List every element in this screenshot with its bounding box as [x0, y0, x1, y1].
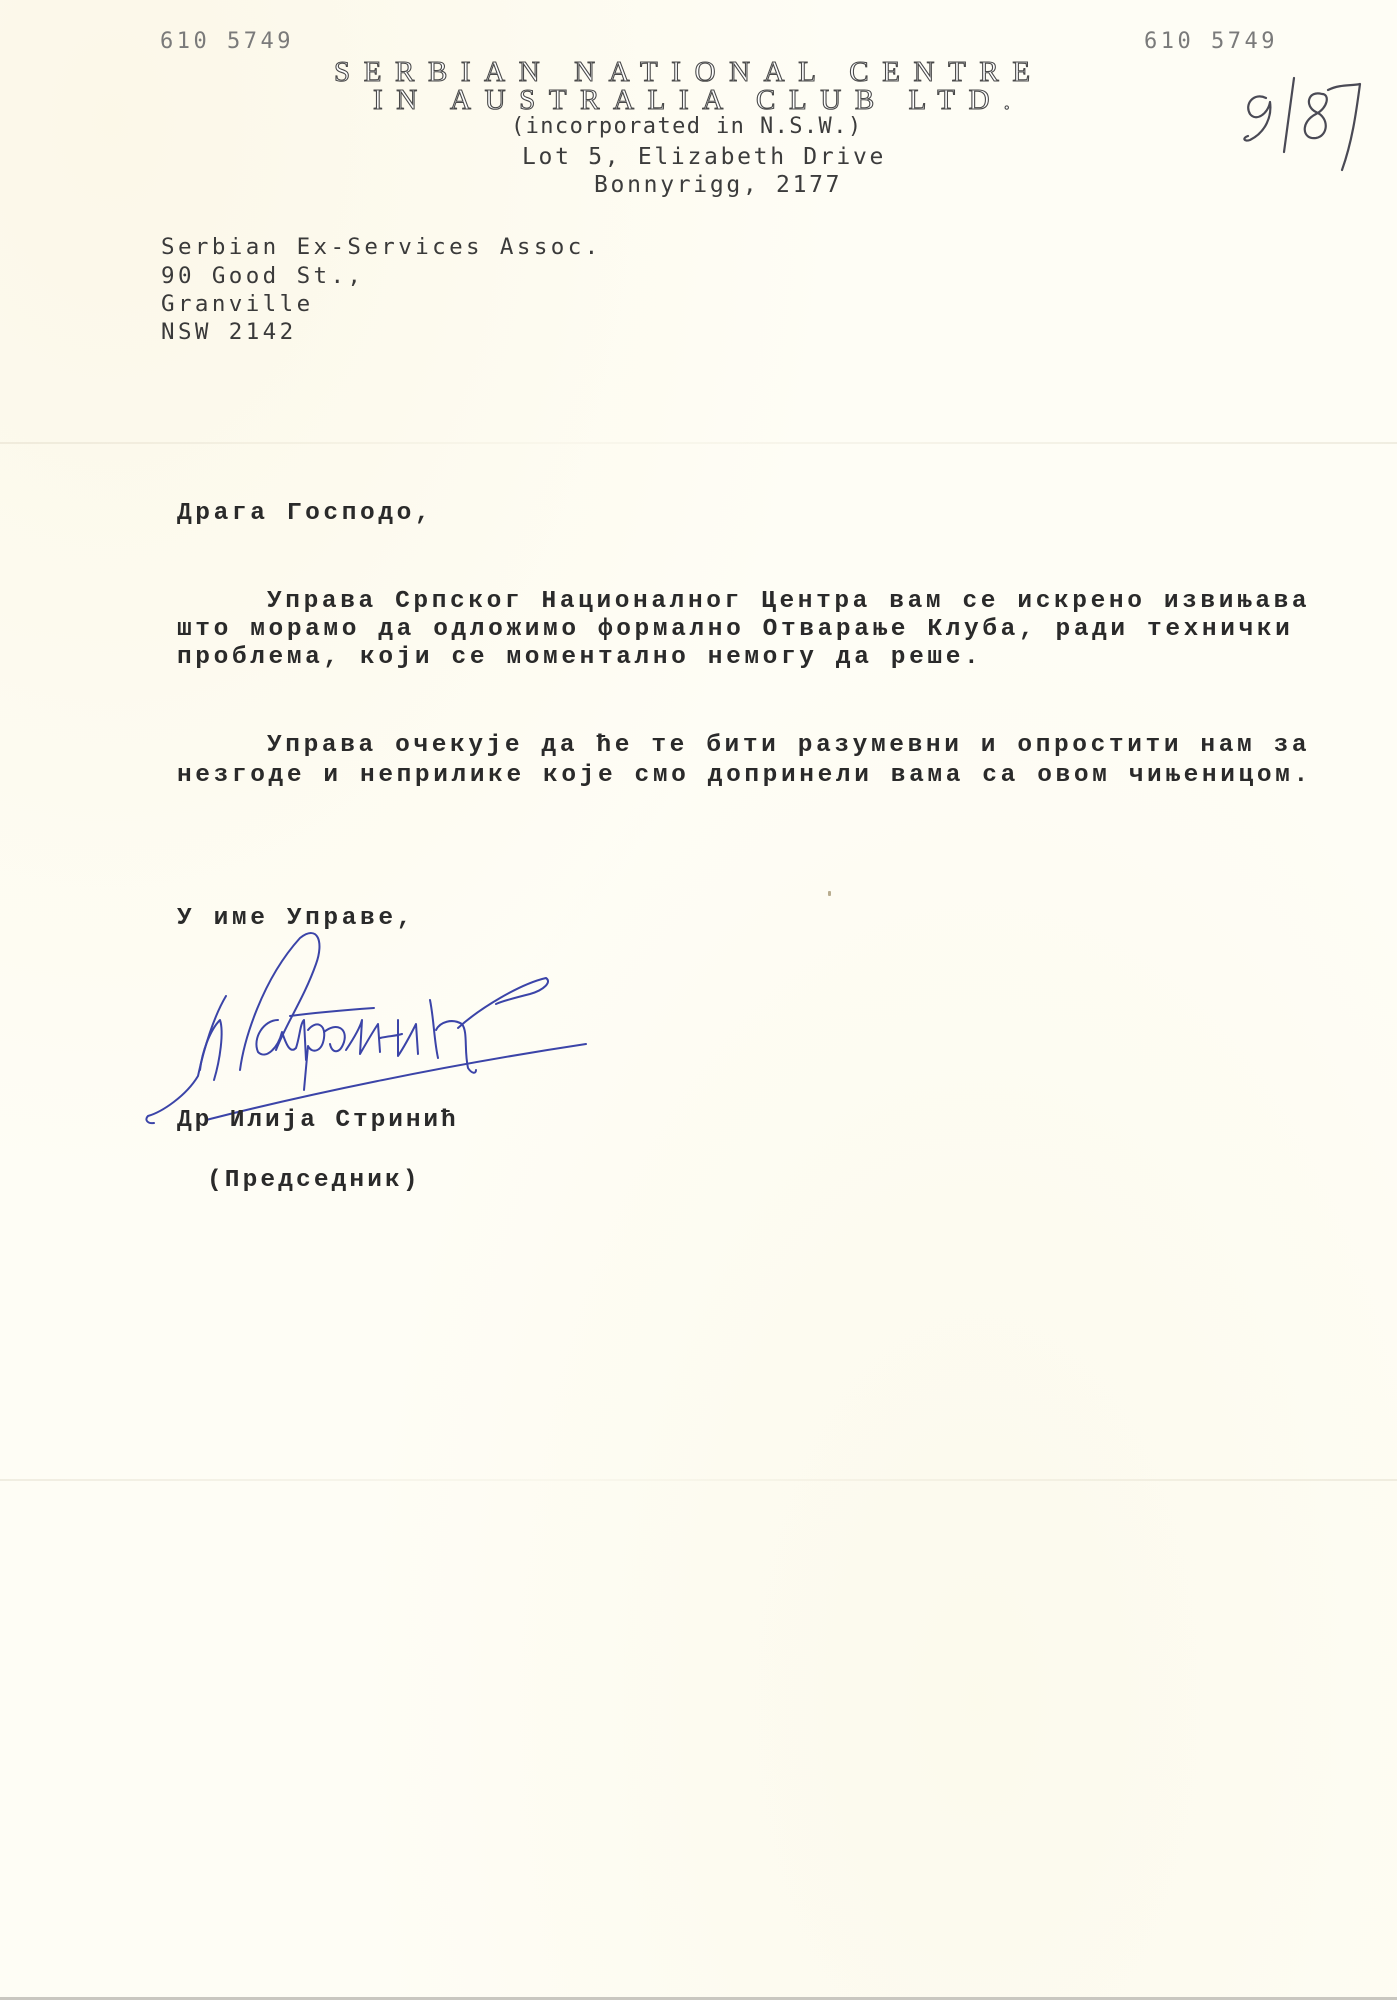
paragraph-2-line: незгоде и неприлике које смо допринели в…	[177, 762, 1312, 789]
organization-address-street: Lot 5, Elizabeth Drive	[522, 144, 886, 170]
paper-speck	[828, 891, 831, 896]
paragraph-1-line: што морамо да одложимо формално Отварање…	[177, 616, 1293, 643]
paragraph-1-line: проблема, који се моментално немогу да р…	[177, 644, 982, 671]
handwritten-file-reference: 9/87	[1236, 70, 1376, 180]
paragraph-2-line: Управа очекује да ће те бити разумевни и…	[267, 732, 1310, 759]
paragraph-1-line: Управа Српског Националног Центра вам се…	[267, 588, 1310, 615]
incorporation-note: (incorporated in N.S.W.)	[511, 114, 862, 139]
salutation: Драга Господо,	[177, 500, 433, 527]
paper-fold-line	[0, 1479, 1397, 1481]
paper-fold-line	[0, 442, 1397, 444]
phone-number-right: 610 5749	[1144, 29, 1278, 54]
recipient-line: NSW 2142	[161, 319, 297, 345]
svg-text:9/87: 9/87	[1236, 70, 1264, 74]
phone-number-left: 610 5749	[160, 29, 294, 54]
signer-title: (Председник)	[207, 1167, 421, 1194]
recipient-line: 90 Good St.,	[161, 263, 364, 289]
signer-name: Др Илија Стринић	[177, 1107, 459, 1134]
organization-address-suburb: Bonnyrigg, 2177	[594, 172, 842, 198]
organization-name-line2: IN AUSTRALIA CLUB LTD.	[373, 84, 1024, 117]
recipient-line: Serbian Ex-Services Assoc.	[161, 234, 602, 260]
recipient-line: Granville	[161, 291, 314, 317]
